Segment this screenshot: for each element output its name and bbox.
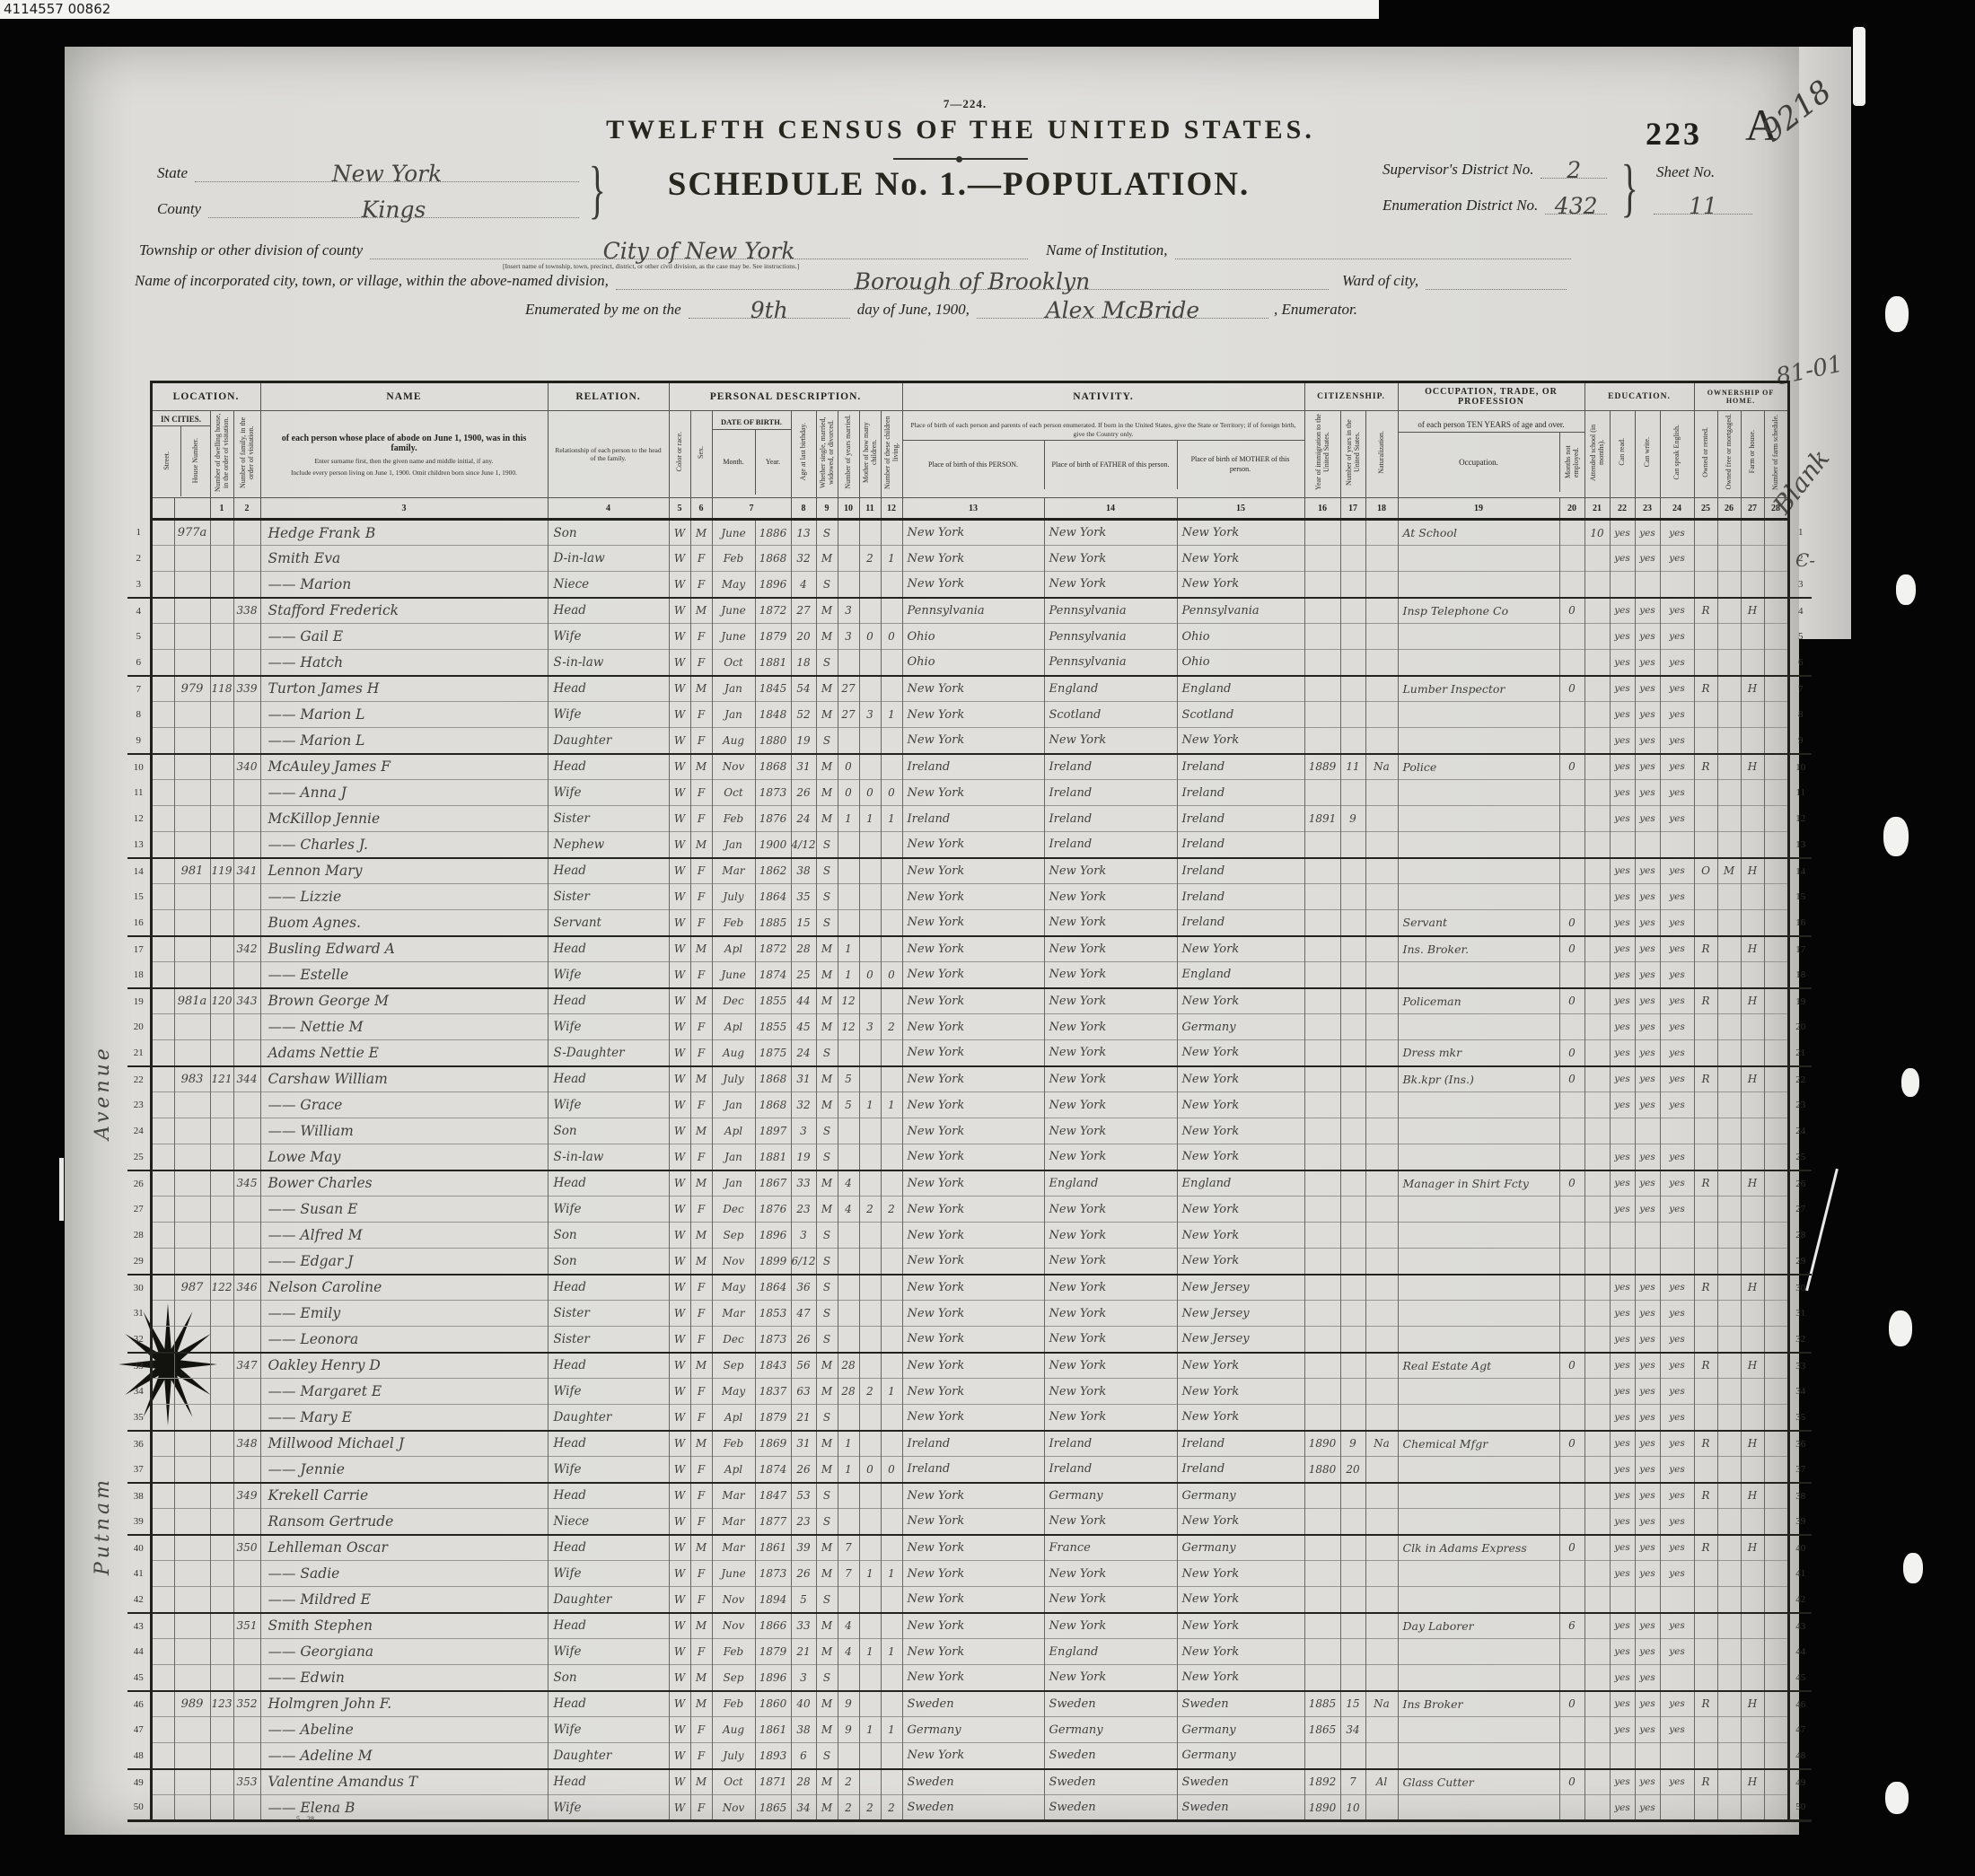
cell-sex: M xyxy=(690,1535,712,1561)
form-number: 7—224. xyxy=(944,97,987,111)
cell-name: —— Lizzie xyxy=(260,884,548,910)
cell-mother-of xyxy=(859,1353,881,1379)
header-dwelling: Number of dwelling house, in the order o… xyxy=(210,411,233,498)
cell-immigration-year xyxy=(1304,1301,1340,1327)
cell-owned-free xyxy=(1717,1223,1741,1249)
cell-owned-rented xyxy=(1694,962,1717,988)
cell-pob-father: Ireland xyxy=(1044,832,1177,858)
cell-can-write: yes xyxy=(1635,728,1660,754)
cell-years-in-us: 9 xyxy=(1340,806,1365,832)
cell-speak-english xyxy=(1660,1743,1694,1769)
line-number-right: 22 xyxy=(1788,1066,1812,1092)
line-number-left: 11 xyxy=(127,780,151,806)
cell-farm-schedule xyxy=(1764,676,1788,702)
cell-occupation xyxy=(1398,1118,1559,1144)
cell-birth-year: 1861 xyxy=(755,1717,791,1743)
cell-family-number: 350 xyxy=(233,1535,260,1561)
cell-occupation xyxy=(1398,572,1559,598)
cell-school xyxy=(1584,598,1610,624)
header-farm-house: Farm or house. xyxy=(1741,411,1764,498)
cell-family-number xyxy=(233,546,260,572)
line-number-left: 46 xyxy=(127,1691,151,1717)
cell-age: 26 xyxy=(791,1561,816,1587)
cell-owned-free xyxy=(1717,624,1741,650)
section-ownership: OWNERSHIP OF HOME. xyxy=(1694,382,1788,411)
section-education: EDUCATION. xyxy=(1584,382,1694,411)
cell-pob-mother: New York xyxy=(1177,520,1304,546)
column-number: 15 xyxy=(1177,498,1304,520)
cell-pob-person: New York xyxy=(902,702,1044,728)
line-number-left: 37 xyxy=(127,1457,151,1483)
cell-years-married xyxy=(838,1249,859,1275)
cell-owned-free xyxy=(1717,702,1741,728)
cell-relation: Wife xyxy=(548,1795,669,1821)
cell-pob-person: New York xyxy=(902,1587,1044,1613)
cell-speak-english: yes xyxy=(1660,1561,1694,1587)
cell-years-in-us xyxy=(1340,1092,1365,1118)
cell-birth-month: May xyxy=(712,1379,755,1405)
cell-occupation xyxy=(1398,1795,1559,1821)
cell-birth-month: Nov xyxy=(712,1613,755,1639)
cell-occupation xyxy=(1398,780,1559,806)
cell-speak-english: yes xyxy=(1660,1483,1694,1509)
cell-pob-person: New York xyxy=(902,1509,1044,1535)
cell-immigration-year xyxy=(1304,650,1340,676)
cell-color: W xyxy=(669,1118,690,1144)
cell-street xyxy=(151,1405,174,1431)
line-number-right: 48 xyxy=(1788,1743,1812,1769)
cell-pob-father: Pennsylvania xyxy=(1044,650,1177,676)
cell-years-in-us: 7 xyxy=(1340,1769,1365,1795)
cell-sex: M xyxy=(690,832,712,858)
cell-years-in-us: 10 xyxy=(1340,1795,1365,1821)
cell-pob-person: New York xyxy=(902,1118,1044,1144)
cell-pob-person: New York xyxy=(902,884,1044,910)
cell-naturalization xyxy=(1365,1457,1398,1483)
cell-house-number xyxy=(174,1327,210,1353)
cell-pob-person: Ohio xyxy=(902,624,1044,650)
cell-house-number xyxy=(174,702,210,728)
cell-speak-english: yes xyxy=(1660,988,1694,1014)
cell-farm-schedule xyxy=(1764,1197,1788,1223)
cell-sex: F xyxy=(690,650,712,676)
column-number: 2 xyxy=(233,498,260,520)
cell-birth-month: Apl xyxy=(712,1405,755,1431)
cell-occupation xyxy=(1398,1092,1559,1118)
cell-occupation: Bk.kpr (Ins.) xyxy=(1398,1066,1559,1092)
cell-years-in-us xyxy=(1340,1665,1365,1691)
cell-farm-schedule xyxy=(1764,598,1788,624)
cell-marital: M xyxy=(816,1535,838,1561)
cell-street xyxy=(151,962,174,988)
cell-owned-free xyxy=(1717,1613,1741,1639)
cell-years-in-us xyxy=(1340,1743,1365,1769)
cell-street xyxy=(151,1587,174,1613)
cell-house-number xyxy=(174,1483,210,1509)
cell-speak-english: yes xyxy=(1660,936,1694,962)
cell-family-number xyxy=(233,806,260,832)
cell-street xyxy=(151,1613,174,1639)
cell-birth-month: June xyxy=(712,598,755,624)
cell-occupation: Lumber Inspector xyxy=(1398,676,1559,702)
cell-speak-english: yes xyxy=(1660,1457,1694,1483)
cell-farm-schedule xyxy=(1764,1535,1788,1561)
cell-owned-rented xyxy=(1694,1743,1717,1769)
cell-speak-english: yes xyxy=(1660,858,1694,884)
cell-speak-english xyxy=(1660,832,1694,858)
cell-marital: M xyxy=(816,624,838,650)
cell-birth-month: Apl xyxy=(712,1457,755,1483)
cell-house-number xyxy=(174,962,210,988)
cell-sex: M xyxy=(690,1118,712,1144)
cell-color: W xyxy=(669,1197,690,1223)
cell-pob-father: Pennsylvania xyxy=(1044,598,1177,624)
cell-birth-year: 1871 xyxy=(755,1769,791,1795)
supervisor-value: 2 xyxy=(1567,157,1581,183)
cell-years-in-us xyxy=(1340,1144,1365,1170)
cell-occupation xyxy=(1398,1301,1559,1327)
cell-naturalization xyxy=(1365,1353,1398,1379)
cell-children-living: 1 xyxy=(881,702,902,728)
cell-immigration-year xyxy=(1304,1483,1340,1509)
column-number: 12 xyxy=(881,498,902,520)
cell-color: W xyxy=(669,936,690,962)
cell-marital: S xyxy=(816,1223,838,1249)
cell-age: 38 xyxy=(791,858,816,884)
cell-occupation xyxy=(1398,832,1559,858)
cell-pob-person: New York xyxy=(902,1535,1044,1561)
cell-marital: M xyxy=(816,1197,838,1223)
cell-speak-english: yes xyxy=(1660,806,1694,832)
cell-pob-mother: New York xyxy=(1177,1144,1304,1170)
cell-marital: M xyxy=(816,1431,838,1457)
cell-can-read xyxy=(1610,1249,1635,1275)
cell-pob-person: Ohio xyxy=(902,650,1044,676)
line-number-right: 28 xyxy=(1788,1223,1812,1249)
cell-school xyxy=(1584,962,1610,988)
cell-years-married: 5 xyxy=(838,1066,859,1092)
cell-farm-house: H xyxy=(1741,936,1764,962)
cell-years-married: 7 xyxy=(838,1535,859,1561)
cell-months-not-employed: 0 xyxy=(1559,1353,1584,1379)
cell-marital: M xyxy=(816,598,838,624)
cell-owned-free xyxy=(1717,1561,1741,1587)
cell-owned-rented: R xyxy=(1694,1535,1717,1561)
cell-owned-rented: R xyxy=(1694,1353,1717,1379)
cell-marital: S xyxy=(816,1249,838,1275)
cell-house-number xyxy=(174,1197,210,1223)
cell-immigration-year xyxy=(1304,1639,1340,1665)
cell-mother-of xyxy=(859,832,881,858)
cell-color: W xyxy=(669,1457,690,1483)
cell-farm-schedule xyxy=(1764,884,1788,910)
cell-farm-house xyxy=(1741,1014,1764,1040)
cell-owned-rented: R xyxy=(1694,1691,1717,1717)
cell-school xyxy=(1584,1665,1610,1691)
cell-months-not-employed: 0 xyxy=(1559,1691,1584,1717)
cell-children-living xyxy=(881,1743,902,1769)
header-can-read: Can read. xyxy=(1610,411,1635,498)
cell-farm-house xyxy=(1741,1665,1764,1691)
cell-owned-free xyxy=(1717,520,1741,546)
cell-relation: Son xyxy=(548,1665,669,1691)
cell-owned-rented: R xyxy=(1694,1066,1717,1092)
cell-family-number: 346 xyxy=(233,1275,260,1301)
cell-pob-father: New York xyxy=(1044,910,1177,936)
cell-age: 4 xyxy=(791,572,816,598)
cell-dwelling-number: 120 xyxy=(210,988,233,1014)
cell-can-read: yes xyxy=(1610,546,1635,572)
cell-color: W xyxy=(669,988,690,1014)
cell-can-write: yes xyxy=(1635,1717,1660,1743)
cell-birth-year: 1880 xyxy=(755,728,791,754)
cell-family-number xyxy=(233,650,260,676)
column-number: 5 xyxy=(669,498,690,520)
cell-can-write: yes xyxy=(1635,1353,1660,1379)
line-number-left: 36 xyxy=(127,1431,151,1457)
cell-dwelling-number xyxy=(210,650,233,676)
cell-can-write: yes xyxy=(1635,780,1660,806)
line-number-left: 15 xyxy=(127,884,151,910)
column-number: 26 xyxy=(1717,498,1741,520)
cell-name: —— Marion xyxy=(260,572,548,598)
cell-speak-english: yes xyxy=(1660,910,1694,936)
cell-months-not-employed xyxy=(1559,520,1584,546)
cell-color: W xyxy=(669,1170,690,1197)
line-number-right: 42 xyxy=(1788,1587,1812,1613)
enumerator-label: , Enumerator. xyxy=(1268,301,1365,319)
cell-mother-of xyxy=(859,936,881,962)
cell-color: W xyxy=(669,1301,690,1327)
cell-naturalization xyxy=(1365,546,1398,572)
cell-can-write: yes xyxy=(1635,598,1660,624)
cell-school xyxy=(1584,1040,1610,1066)
cell-pob-father: Pennsylvania xyxy=(1044,624,1177,650)
cell-birth-month: Feb xyxy=(712,910,755,936)
cell-color: W xyxy=(669,1587,690,1613)
cell-dwelling-number xyxy=(210,1223,233,1249)
cell-dwelling-number xyxy=(210,806,233,832)
cell-birth-month: May xyxy=(712,1275,755,1301)
cell-family-number xyxy=(233,1665,260,1691)
cell-speak-english: yes xyxy=(1660,1717,1694,1743)
right-brace: } xyxy=(1621,151,1638,225)
cell-sex: F xyxy=(690,1561,712,1587)
header-pob-mother: Place of birth of MOTHER of this person. xyxy=(1177,441,1303,489)
cell-owned-rented xyxy=(1694,546,1717,572)
cell-color: W xyxy=(669,858,690,884)
cell-mother-of xyxy=(859,1040,881,1066)
cell-street xyxy=(151,832,174,858)
cell-house-number xyxy=(174,1665,210,1691)
cell-immigration-year xyxy=(1304,1743,1340,1769)
state-field: State New York xyxy=(157,158,579,182)
cell-immigration-year xyxy=(1304,1118,1340,1144)
cell-name: Lowe May xyxy=(260,1144,548,1170)
cell-mother-of: 1 xyxy=(859,1561,881,1587)
cell-owned-rented xyxy=(1694,1613,1717,1639)
cell-color: W xyxy=(669,1092,690,1118)
cell-birth-month: Sep xyxy=(712,1665,755,1691)
cell-can-write: yes xyxy=(1635,858,1660,884)
cell-children-living xyxy=(881,936,902,962)
cell-house-number xyxy=(174,1301,210,1327)
cell-years-in-us xyxy=(1340,1353,1365,1379)
cell-name: Lehlleman Oscar xyxy=(260,1535,548,1561)
cell-immigration-year xyxy=(1304,1613,1340,1639)
cell-months-not-employed: 0 xyxy=(1559,1040,1584,1066)
cell-age: 63 xyxy=(791,1379,816,1405)
cell-owned-free xyxy=(1717,1170,1741,1197)
cell-birth-year: 1847 xyxy=(755,1483,791,1509)
cell-color: W xyxy=(669,624,690,650)
cell-pob-person: New York xyxy=(902,1613,1044,1639)
cell-street xyxy=(151,1457,174,1483)
cell-age: 34 xyxy=(791,1795,816,1821)
cell-years-in-us xyxy=(1340,624,1365,650)
cell-sex: F xyxy=(690,780,712,806)
column-number: 4 xyxy=(548,498,669,520)
cell-farm-schedule xyxy=(1764,520,1788,546)
cell-farm-house xyxy=(1741,1144,1764,1170)
cell-birth-month: June xyxy=(712,1561,755,1587)
cell-can-write: yes xyxy=(1635,806,1660,832)
cell-street xyxy=(151,1483,174,1509)
cell-months-not-employed xyxy=(1559,1665,1584,1691)
line-number-right: 4 xyxy=(1788,598,1812,624)
cell-pob-person: New York xyxy=(902,1379,1044,1405)
cell-can-write: yes xyxy=(1635,1639,1660,1665)
cell-pob-father: New York xyxy=(1044,1301,1177,1327)
cell-pob-person: New York xyxy=(902,1561,1044,1587)
cell-can-write: yes xyxy=(1635,1795,1660,1821)
cell-marital: S xyxy=(816,1483,838,1509)
cell-children-living: 2 xyxy=(881,1014,902,1040)
cell-immigration-year xyxy=(1304,1144,1340,1170)
cell-color: W xyxy=(669,1327,690,1353)
supervisor-district-field: Supervisor's District No. 2 xyxy=(1382,154,1607,179)
cell-mother-of: 1 xyxy=(859,806,881,832)
cell-relation: Son xyxy=(548,1249,669,1275)
header-months-not-employed: Months not employed. xyxy=(1559,433,1584,492)
cell-mother-of xyxy=(859,1405,881,1431)
line-number-right: 27 xyxy=(1788,1197,1812,1223)
cell-name: Adams Nettie E xyxy=(260,1040,548,1066)
cell-house-number xyxy=(174,1639,210,1665)
cell-can-read: yes xyxy=(1610,1769,1635,1795)
cell-name: —— Edwin xyxy=(260,1665,548,1691)
cell-dwelling-number xyxy=(210,754,233,780)
cell-owned-rented xyxy=(1694,1223,1717,1249)
cell-owned-rented: R xyxy=(1694,1431,1717,1457)
cell-color: W xyxy=(669,1483,690,1509)
line-number-right: 50 xyxy=(1788,1795,1812,1821)
cell-can-read: yes xyxy=(1610,650,1635,676)
cell-months-not-employed xyxy=(1559,1301,1584,1327)
cell-pob-person: New York xyxy=(902,676,1044,702)
cell-owned-rented xyxy=(1694,1561,1717,1587)
cell-relation: Wife xyxy=(548,1561,669,1587)
cell-speak-english: yes xyxy=(1660,1197,1694,1223)
cell-marital: M xyxy=(816,1639,838,1665)
cell-pob-person: New York xyxy=(902,1040,1044,1066)
cell-school xyxy=(1584,1405,1610,1431)
cell-name: Ransom Gertrude xyxy=(260,1509,548,1535)
cell-dwelling-number xyxy=(210,728,233,754)
cell-birth-month: Apl xyxy=(712,1014,755,1040)
cell-months-not-employed xyxy=(1559,962,1584,988)
cell-can-write xyxy=(1635,832,1660,858)
cell-pob-mother: Scotland xyxy=(1177,702,1304,728)
cell-school xyxy=(1584,1327,1610,1353)
cell-farm-house xyxy=(1741,884,1764,910)
cell-occupation: Police xyxy=(1398,754,1559,780)
cell-pob-mother: Ireland xyxy=(1177,754,1304,780)
cell-age: 18 xyxy=(791,650,816,676)
cell-owned-free xyxy=(1717,1040,1741,1066)
cell-naturalization xyxy=(1365,1613,1398,1639)
cell-speak-english: yes xyxy=(1660,1327,1694,1353)
column-number: 8 xyxy=(791,498,816,520)
column-number xyxy=(174,498,210,520)
cell-marital: M xyxy=(816,1795,838,1821)
cell-age: 33 xyxy=(791,1170,816,1197)
cell-school xyxy=(1584,1691,1610,1717)
cell-pob-mother: Germany xyxy=(1177,1483,1304,1509)
cell-immigration-year xyxy=(1304,1587,1340,1613)
cell-street xyxy=(151,806,174,832)
cell-farm-house xyxy=(1741,1457,1764,1483)
cell-house-number xyxy=(174,1795,210,1821)
cell-school xyxy=(1584,1795,1610,1821)
cell-children-living: 1 xyxy=(881,1717,902,1743)
cell-pob-father: Ireland xyxy=(1044,754,1177,780)
cell-years-married xyxy=(838,1118,859,1144)
cell-dwelling-number xyxy=(210,1144,233,1170)
cell-color: W xyxy=(669,1717,690,1743)
cell-relation: Son xyxy=(548,520,669,546)
cell-birth-month: Feb xyxy=(712,1431,755,1457)
cell-name: Bower Charles xyxy=(260,1170,548,1197)
cell-farm-house xyxy=(1741,1301,1764,1327)
cell-children-living xyxy=(881,676,902,702)
cell-naturalization: Na xyxy=(1365,754,1398,780)
cell-owned-free xyxy=(1717,988,1741,1014)
cell-speak-english: yes xyxy=(1660,1691,1694,1717)
cell-can-write: yes xyxy=(1635,1613,1660,1639)
cell-naturalization xyxy=(1365,884,1398,910)
cell-street xyxy=(151,858,174,884)
cell-pob-mother: Ireland xyxy=(1177,910,1304,936)
cell-pob-mother: New Jersey xyxy=(1177,1301,1304,1327)
cell-dwelling-number xyxy=(210,936,233,962)
cell-owned-free xyxy=(1717,1483,1741,1509)
column-number: 22 xyxy=(1610,498,1635,520)
cell-pob-mother: Ireland xyxy=(1177,832,1304,858)
cell-pob-mother: Ohio xyxy=(1177,624,1304,650)
cell-name: Smith Eva xyxy=(260,546,548,572)
enumeration-district-field: Enumeration District No. 432 xyxy=(1382,190,1607,215)
cell-owned-rented xyxy=(1694,650,1717,676)
cell-mother-of xyxy=(859,520,881,546)
cell-house-number xyxy=(174,1769,210,1795)
county-field: County Kings xyxy=(157,194,579,218)
cell-school xyxy=(1584,858,1610,884)
cell-birth-month: July xyxy=(712,1066,755,1092)
cell-years-married xyxy=(838,1587,859,1613)
cell-children-living xyxy=(881,1066,902,1092)
cell-house-number xyxy=(174,1014,210,1040)
